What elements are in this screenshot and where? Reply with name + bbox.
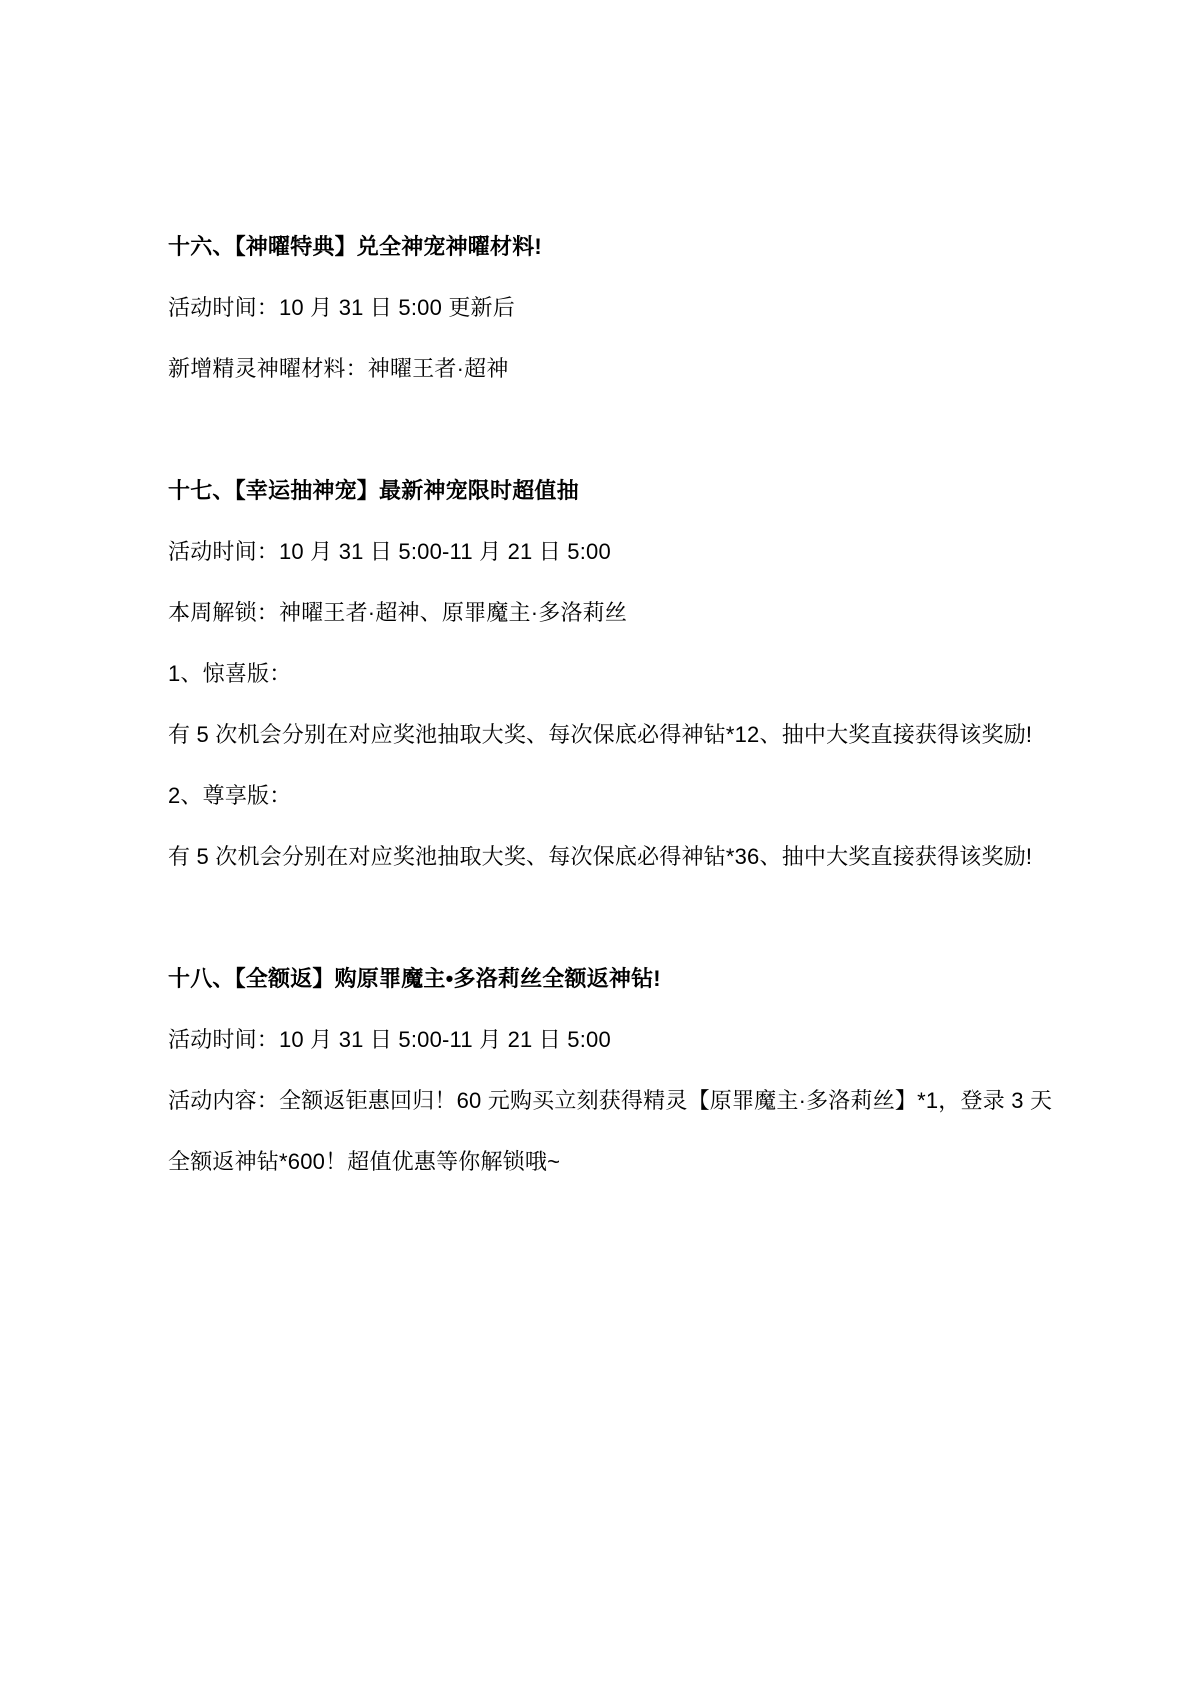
paragraph-line: 2、尊享版：	[168, 765, 1070, 826]
paragraph-line: 活动时间：10 月 31 日 5:00 更新后	[168, 277, 1070, 338]
announcement-section: 十七、【幸运抽神宠】最新神宠限时超值抽 活动时间：10 月 31 日 5:00-…	[168, 460, 1070, 887]
paragraph-line: 有 5 次机会分别在对应奖池抽取大奖、每次保底必得神钻*36、抽中大奖直接获得该…	[168, 826, 1070, 887]
section-heading: 十六、【神曜特典】兑全神宠神曜材料!	[168, 216, 1070, 277]
paragraph-line: 全额返神钻*600！超值优惠等你解锁哦~	[168, 1131, 1070, 1192]
paragraph-line: 本周解锁：神曜王者·超神、原罪魔主·多洛莉丝	[168, 582, 1070, 643]
paragraph-line: 新增精灵神曜材料：神曜王者·超神	[168, 338, 1070, 399]
paragraph-line: 有 5 次机会分别在对应奖池抽取大奖、每次保底必得神钻*12、抽中大奖直接获得该…	[168, 704, 1070, 765]
section-heading: 十八、【全额返】购原罪魔主•多洛莉丝全额返神钻!	[168, 948, 1070, 1009]
paragraph-line: 活动时间：10 月 31 日 5:00-11 月 21 日 5:00	[168, 1009, 1070, 1070]
paragraph-line: 活动内容：全额返钜惠回归！60 元购买立刻获得精灵【原罪魔主·多洛莉丝】*1，登…	[168, 1070, 1070, 1131]
section-heading: 十七、【幸运抽神宠】最新神宠限时超值抽	[168, 460, 1070, 521]
page-content: 十六、【神曜特典】兑全神宠神曜材料! 活动时间：10 月 31 日 5:00 更…	[0, 0, 1190, 1192]
paragraph-line: 1、惊喜版：	[168, 643, 1070, 704]
document-page: 十六、【神曜特典】兑全神宠神曜材料! 活动时间：10 月 31 日 5:00 更…	[0, 0, 1190, 1683]
paragraph-line: 活动时间：10 月 31 日 5:00-11 月 21 日 5:00	[168, 521, 1070, 582]
announcement-section: 十六、【神曜特典】兑全神宠神曜材料! 活动时间：10 月 31 日 5:00 更…	[168, 216, 1070, 399]
announcement-section: 十八、【全额返】购原罪魔主•多洛莉丝全额返神钻! 活动时间：10 月 31 日 …	[168, 948, 1070, 1192]
